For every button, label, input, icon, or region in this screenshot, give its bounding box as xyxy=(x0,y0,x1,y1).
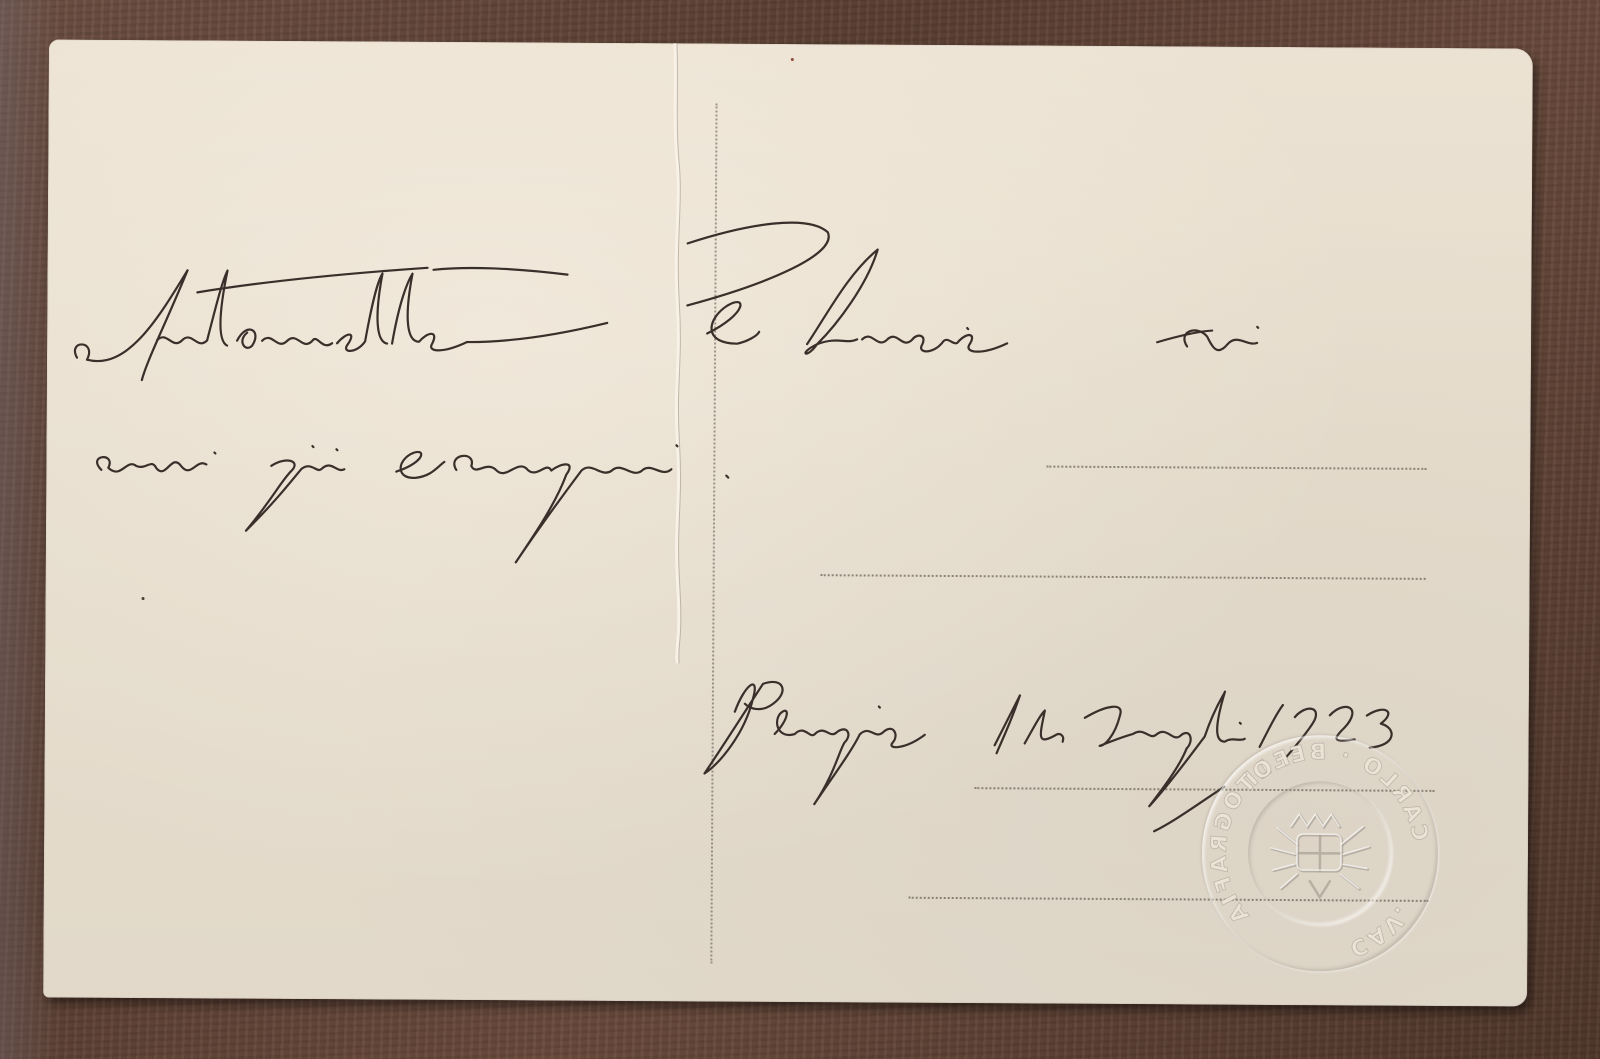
ink-speck xyxy=(791,58,794,61)
stamp-lettering: CARLO · BELLI FOTOGRAFIA CAV. xyxy=(1201,735,1438,972)
ink-speck xyxy=(142,597,145,600)
stamp-right-arc: FOTOGRAFIA xyxy=(1206,745,1294,930)
stamp-top-arc: CARLO · BELLI xyxy=(1238,739,1433,843)
stamp-left-arc: CAV. xyxy=(1346,899,1415,961)
embossed-photographer-stamp: CARLO · BELLI FOTOGRAFIA CAV. xyxy=(1201,735,1438,972)
svg-text:CAV.: CAV. xyxy=(1346,899,1415,961)
message-line-1: Antonietta e Lucia ai xyxy=(77,270,733,344)
message-line-2: cari zii e cugini. xyxy=(96,430,569,498)
svg-text:FOTOGRAFIA: FOTOGRAFIA xyxy=(1206,745,1294,930)
svg-text:CARLO · BELLI: CARLO · BELLI xyxy=(1238,739,1433,843)
postcard-back: Antonietta e Lucia ai cari zii e cugini.… xyxy=(43,39,1533,1006)
